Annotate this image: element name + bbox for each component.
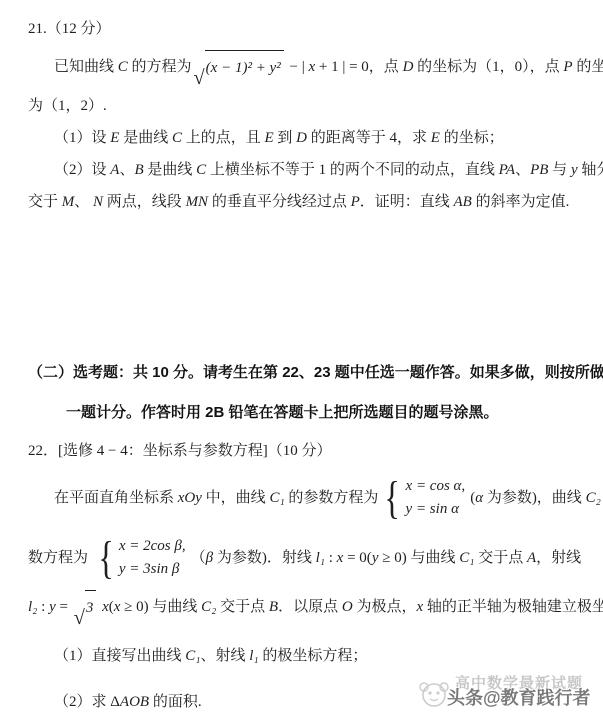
text-run: : [325,542,337,574]
problem21-intro-line: 已知曲线 C 的方程为√(x − 1)² + y² − | x + 1 | = … [28,44,577,90]
text-run: 已知曲线 [54,51,118,83]
text-run: N [93,194,103,210]
text-run: 中，曲线 [202,482,270,514]
text-run: C₂ [586,482,601,514]
text-run: x [102,591,109,623]
text-run: 轴分别 [578,162,603,178]
text-run: l₁ [316,542,325,574]
text-run: 、射线 [201,648,250,664]
text-run: 交于点 [216,591,269,623]
text-run: ．以原点 [278,591,342,623]
text-run: （1）直接写出曲线 [54,648,185,664]
text-run: 到 [274,130,297,146]
text-run: （1）设 [54,130,110,146]
text-run: 的坐标为（1，0），点 [413,51,563,83]
text-run: 的坐标； [440,130,504,146]
text-run: E [431,130,440,146]
text-run: AB [454,194,472,210]
text-run: ．证明：直线 [360,194,454,210]
text-run: y [49,591,56,623]
text-run: 为参数)．射线 [213,542,316,574]
text-run: 的极坐标方程； [259,648,368,664]
text-run: D [403,51,414,83]
text-run: 、 [74,194,93,210]
text-run: 一题计分。作答时用 2B 铅笔在答题卡上把所选题目的题号涂黑。 [66,404,499,421]
text-run: 的斜率为定值. [472,194,570,210]
text-run: E [264,130,273,146]
watermark: 高中数学最新试题 头条@教育践行者 [417,672,597,718]
text-run: 是曲线 [119,130,172,146]
text-run: 交于 [28,194,62,210]
text-run: C₁ [185,648,200,664]
text-run: 为（1，2）. [28,98,107,114]
text-run: （ [191,542,206,574]
text-run: 的参数方程为 [285,482,379,514]
problem21-number: 21.（12 分） [28,14,577,44]
text-run: P [563,51,572,83]
text-run: 与 [548,162,571,178]
text-run: 两点，线段 [103,194,186,210]
text-run: 数方程为 [28,542,92,574]
problem22-intro-line2: 数方程为 {x = 2cos β,y = 3sin β（β 为参数)．射线 l₁… [28,530,577,586]
text-run: （2）求 Δ [54,694,120,710]
text-run: − [286,51,302,83]
text-run: 的垂直平分线经过点 [208,194,351,210]
problem22-intro-line3: l₂ : y = √3 x(x ≥ 0) 与曲线 C₂ 交于点 B．以原点 O … [28,590,577,624]
sqrt-expression: √3 [74,590,97,624]
text-run: 交于点 [474,542,527,574]
text-run: : [37,591,49,623]
text-run: 在平面直角坐标系 [54,482,178,514]
text-run: y [372,542,379,574]
text-run: PB [530,162,548,178]
text-run: y [571,162,578,178]
problem21-question1: （1）设 E 是曲线 C 上的点，且 E 到 D 的距离等于 4，求 E 的坐标… [28,122,577,154]
text-run: 的坐标 [573,51,603,83]
problem21-question2-line2: 交于 M、 N 两点，线段 MN 的垂直平分线经过点 P．证明：直线 AB 的斜… [28,186,577,218]
text-run: C₂ [201,591,216,623]
parametric-cases-expression: {x = cos α,y = sin α [381,475,465,521]
text-run: x [337,542,344,574]
section-b-instructions-line1: （二）选考题：共 10 分。请考生在第 22、23 题中任选一题作答。如果多做，… [28,358,577,388]
text-run: MN [186,194,209,210]
text-run: B [269,591,278,623]
parametric-cases-expression: {x = 2cos β,y = 3sin β [95,535,186,581]
text-run: ≥ 0) 与曲线 [378,542,459,574]
text-run: 、 [119,162,134,178]
text-run: （2）设 [54,162,110,178]
text-run: x [308,51,315,83]
watermark-front-text: 头条@教育践行者 [447,684,591,710]
text-run: C [196,162,206,178]
text-run: + 1 | = 0，点 [315,51,402,83]
text-run: C₁ [459,542,474,574]
text-run: A [527,542,536,574]
problem22-intro-line1: 在平面直角坐标系 xOy 中，曲线 C₁ 的参数方程为{x = cos α,y … [28,470,577,526]
text-run: （二）选考题：共 10 分。请考生在第 22、23 题中任选一题作答。如果多做，… [28,364,603,381]
text-run: 轴的正半轴为极轴建立极坐标系. [423,591,603,623]
text-run: 为极点， [353,591,417,623]
problem22-question1: （1）直接写出曲线 C₁、射线 l₁ 的极坐标方程； [28,640,577,672]
text-run: 21.（12 分） [28,21,111,37]
text-run: x [416,591,423,623]
text-run: 的距离等于 4，求 [307,130,431,146]
exam-page: 21.（12 分） 已知曲线 C 的方程为√(x − 1)² + y² − | … [0,0,603,722]
text-run: B [134,162,143,178]
text-run: x [114,591,121,623]
problem22-number: 22．[选修 4 − 4：坐标系与参数方程]（10 分） [28,436,577,466]
text-run: O [342,591,353,623]
section-b-instructions-line2: 一题计分。作答时用 2B 铅笔在答题卡上把所选题目的题号涂黑。 [28,398,577,428]
blank-answer-space [28,218,577,358]
text-run: α [475,482,483,514]
text-run: M [62,194,75,210]
problem21-question2-line1: （2）设 A、B 是曲线 C 上横坐标不等于 1 的两个不同的动点，直线 PA、… [28,154,577,186]
sqrt-expression: √(x − 1)² + y² [194,50,284,84]
text-run: = [56,591,72,623]
text-run: D [296,130,307,146]
text-run: C [172,130,182,146]
text-run: 、 [515,162,530,178]
text-run: AOB [120,694,149,710]
text-run: 上的点，且 [182,130,265,146]
text-run: 是曲线 [144,162,197,178]
text-run: ，射线 [536,542,581,574]
text-run: 的面积. [149,694,202,710]
text-run: ≥ 0) 与曲线 [120,591,201,623]
text-run: l₁ [249,648,258,664]
text-run: β [206,542,213,574]
text-run: l₂ [28,591,37,623]
text-run: 为参数)，曲线 [483,482,586,514]
text-run: C₁ [269,482,284,514]
watermark-logo-icon [417,680,451,710]
text-run: 22．[选修 4 − 4：坐标系与参数方程]（10 分） [28,443,331,459]
text-run: 上横坐标不等于 1 的两个不同的动点，直线 [206,162,499,178]
text-run: PA [499,162,515,178]
text-run: = 0( [343,542,371,574]
problem21-intro-continuation: 为（1，2）. [28,90,577,122]
text-run: C [118,51,128,83]
text-run: 的方程为 [128,51,192,83]
text-run: xOy [178,482,202,514]
text-run: P [351,194,360,210]
